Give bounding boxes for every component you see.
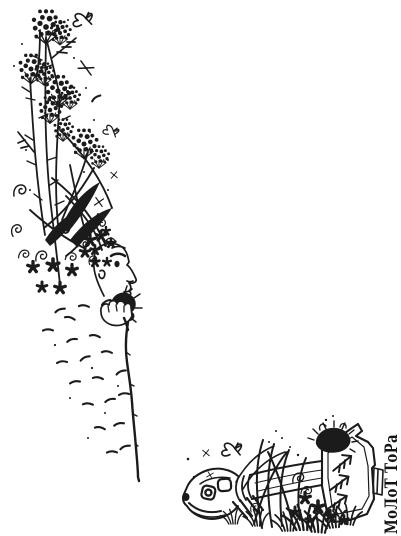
rune-mark	[331, 454, 353, 473]
butterfly-icon	[220, 441, 243, 458]
star-flower	[28, 262, 39, 272]
dragonfly-icon	[77, 60, 95, 75]
nostril	[127, 281, 133, 282]
beast-right-eye	[218, 479, 232, 492]
curl	[65, 251, 77, 263]
star-flower	[67, 265, 78, 275]
falling-dots	[54, 344, 119, 439]
star-flower	[55, 283, 66, 293]
star-flower	[80, 247, 90, 256]
curl	[14, 185, 26, 196]
star-flower	[91, 258, 100, 266]
furry-creature	[308, 421, 358, 453]
rune-mark	[329, 474, 350, 492]
curl	[36, 251, 47, 261]
moth-icon	[94, 197, 104, 207]
star-flower	[37, 282, 47, 291]
cliff-edge	[43, 299, 139, 481]
umbel-flowers	[19, 9, 110, 168]
illustration-canvas: МоЛоТ ТоРа	[0, 0, 401, 536]
butterfly-icon	[102, 124, 119, 137]
beast-left-eye	[201, 485, 216, 500]
caption-text: МоЛоТ ТоРа	[382, 434, 401, 534]
wildflower-thicket	[10, 9, 116, 292]
beast-nose	[183, 493, 190, 501]
moth-icon	[203, 450, 210, 457]
star-flower	[103, 258, 111, 265]
gnat-dots	[187, 458, 196, 478]
climber-hand	[101, 286, 142, 326]
rune-inscriptions	[327, 454, 353, 511]
eye	[114, 261, 119, 267]
moth-icon	[111, 172, 118, 179]
ink-drawing: МоЛоТ ТоРа	[0, 0, 401, 536]
ear	[99, 270, 105, 278]
cliff-line	[124, 318, 139, 481]
eyebrow	[111, 254, 125, 256]
butterflies-upper	[71, 10, 120, 207]
beast-smile	[189, 503, 221, 512]
small-insect-icon	[91, 95, 100, 101]
umbel-flower	[90, 145, 110, 168]
curl	[10, 224, 24, 237]
curl	[18, 249, 29, 259]
butterfly-icon	[71, 10, 95, 29]
